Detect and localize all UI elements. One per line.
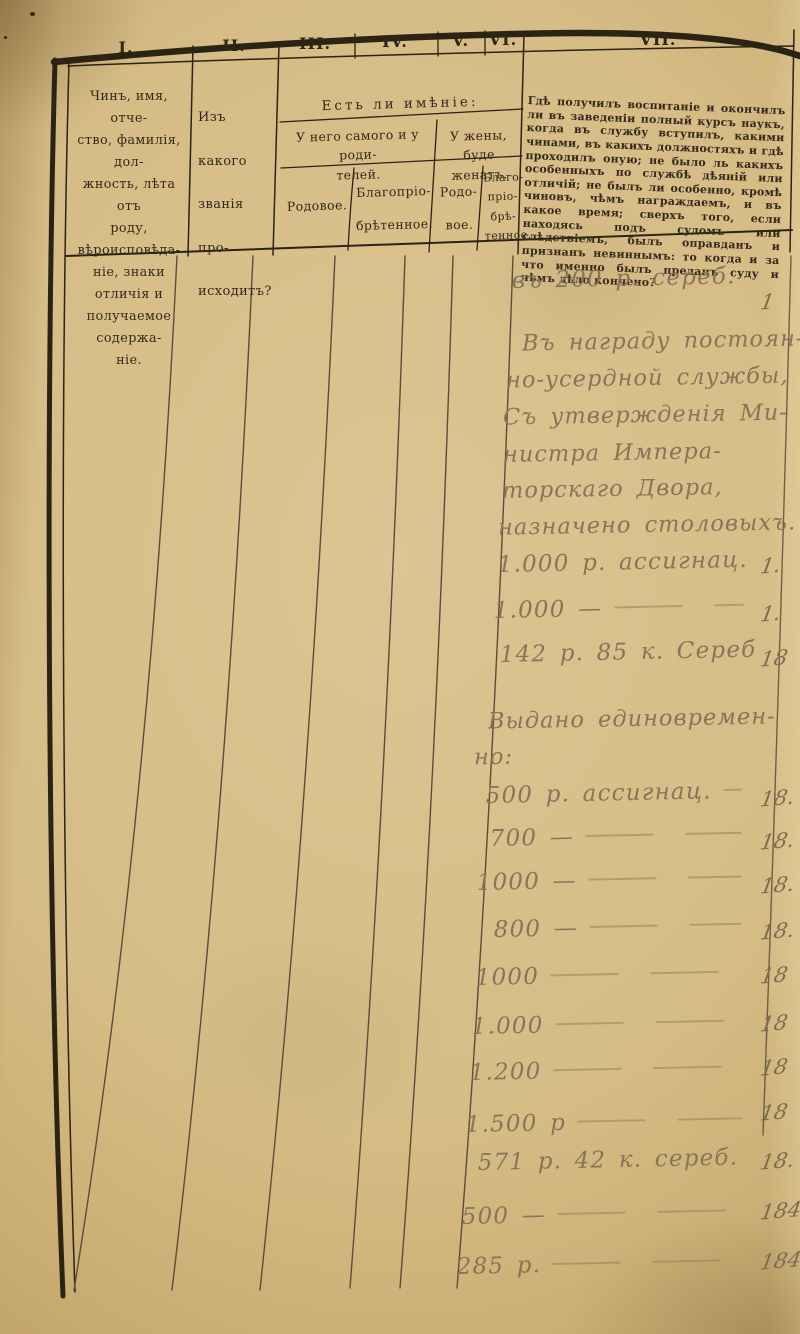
award-note-line: но-усердной службы, <box>506 363 789 394</box>
entry-amount: 1000 <box>475 964 539 991</box>
column-numeral-3: III. <box>278 34 352 53</box>
year-fragment: 18. <box>759 1145 800 1174</box>
dash-rule <box>590 923 742 928</box>
entry-amount: 1.000 <box>471 1013 543 1040</box>
dash-rule <box>724 789 742 791</box>
column-numeral-6: VI. <box>484 30 522 49</box>
entry-amount: въ 200 р. сереб. <box>511 263 735 294</box>
entry-amount: 1000 — <box>476 868 577 896</box>
header-sub-blagoprio: Благопріо- брѣтенное. <box>353 175 435 242</box>
year-fragment: 18. <box>759 869 800 898</box>
dash-rule <box>558 1209 742 1215</box>
column-numeral-4: IV. <box>354 32 436 51</box>
entry-amount: 571 р. 42 к. сереб. <box>477 1145 738 1176</box>
year-fragment: 1. <box>759 597 800 626</box>
award-note-line: Съ утвержденія Ми- <box>503 400 788 431</box>
column-numeral-1: I. <box>62 38 190 57</box>
dash-rule <box>553 1259 742 1265</box>
stipend-entry: въ 200 р. сереб. <box>511 263 759 294</box>
dash-rule <box>551 970 742 976</box>
entry-amount: 285 р. <box>456 1252 541 1280</box>
year-fragment: 18 <box>759 1051 800 1080</box>
header-sub-rodovoe-wife: Родо- вое. <box>435 175 483 241</box>
entry-amount: 800 — <box>493 915 578 943</box>
ink-speck <box>30 12 35 16</box>
ink-speck <box>4 36 7 39</box>
entry-amount: 500 р. ассигнац. <box>485 778 711 809</box>
dash-rule <box>554 1065 742 1071</box>
year-fragment: 1. <box>759 549 800 578</box>
lump-note-line: Выдано единовремен- <box>488 703 776 734</box>
dash-rule <box>586 832 742 837</box>
entry-amount: 700 — <box>489 824 574 852</box>
stipend-entry: 1.000 р. ассигнац. <box>497 547 759 578</box>
column-numeral-2: II. <box>192 36 276 55</box>
dash-rule <box>556 1019 742 1025</box>
year-fragment: 18 <box>759 642 800 671</box>
dash-rule <box>614 604 743 609</box>
year-fragment: 18 <box>759 1007 800 1036</box>
column-numeral-5: V. <box>438 31 483 50</box>
year-fragment: 184 <box>759 1195 800 1224</box>
year-fragment: 18 <box>759 1096 800 1125</box>
stipend-entry: 1.000 — <box>493 592 759 624</box>
dash-rule <box>589 875 742 880</box>
entry-amount: 1.500 р <box>465 1110 566 1138</box>
year-fragment: 18. <box>759 825 800 854</box>
stipend-entry: 800 — <box>493 911 757 943</box>
scanned-ledger-page: I. II. III. IV. V. VI. VII. Чинъ, имя, о… <box>0 0 800 1334</box>
header-sub-rodovoe: Родовое. <box>282 197 352 214</box>
lump-note-line: но: <box>474 744 513 771</box>
stipend-entry: 142 р. 85 к. Сереб <box>499 637 757 668</box>
entry-amount: 1.200 <box>469 1059 541 1086</box>
entry-amount: 500 — <box>461 1202 546 1230</box>
year-fragment: 1 <box>759 285 800 314</box>
year-fragment: 18 <box>759 959 800 988</box>
year-fragment: 184 <box>759 1245 800 1274</box>
header-origin: Изъ какого званія про- исходитъ? <box>198 96 276 314</box>
header-sub-blagoprio-wife: Благо- пріо- брѣ- тенное. <box>483 167 523 245</box>
entry-amount: 1.000 р. ассигнац. <box>497 547 748 578</box>
award-note-line: назначено столовыхъ. <box>498 509 797 540</box>
award-note-line: торскаго Двора, <box>502 474 723 504</box>
year-fragment: 18. <box>759 915 800 944</box>
dash-rule <box>578 1117 742 1122</box>
entry-amount: 1.000 — <box>493 596 602 624</box>
column-numeral-7: VII. <box>524 30 792 49</box>
entry-amount: 142 р. 85 к. Сереб <box>499 637 756 668</box>
award-note-line: Въ награду постоян- <box>522 326 800 357</box>
year-fragment: 18. <box>759 782 800 811</box>
header-rank-name: Чинъ, имя, отче- ство, фамилія, дол- жно… <box>70 86 188 372</box>
award-note-line: нистра Импера- <box>503 438 722 468</box>
